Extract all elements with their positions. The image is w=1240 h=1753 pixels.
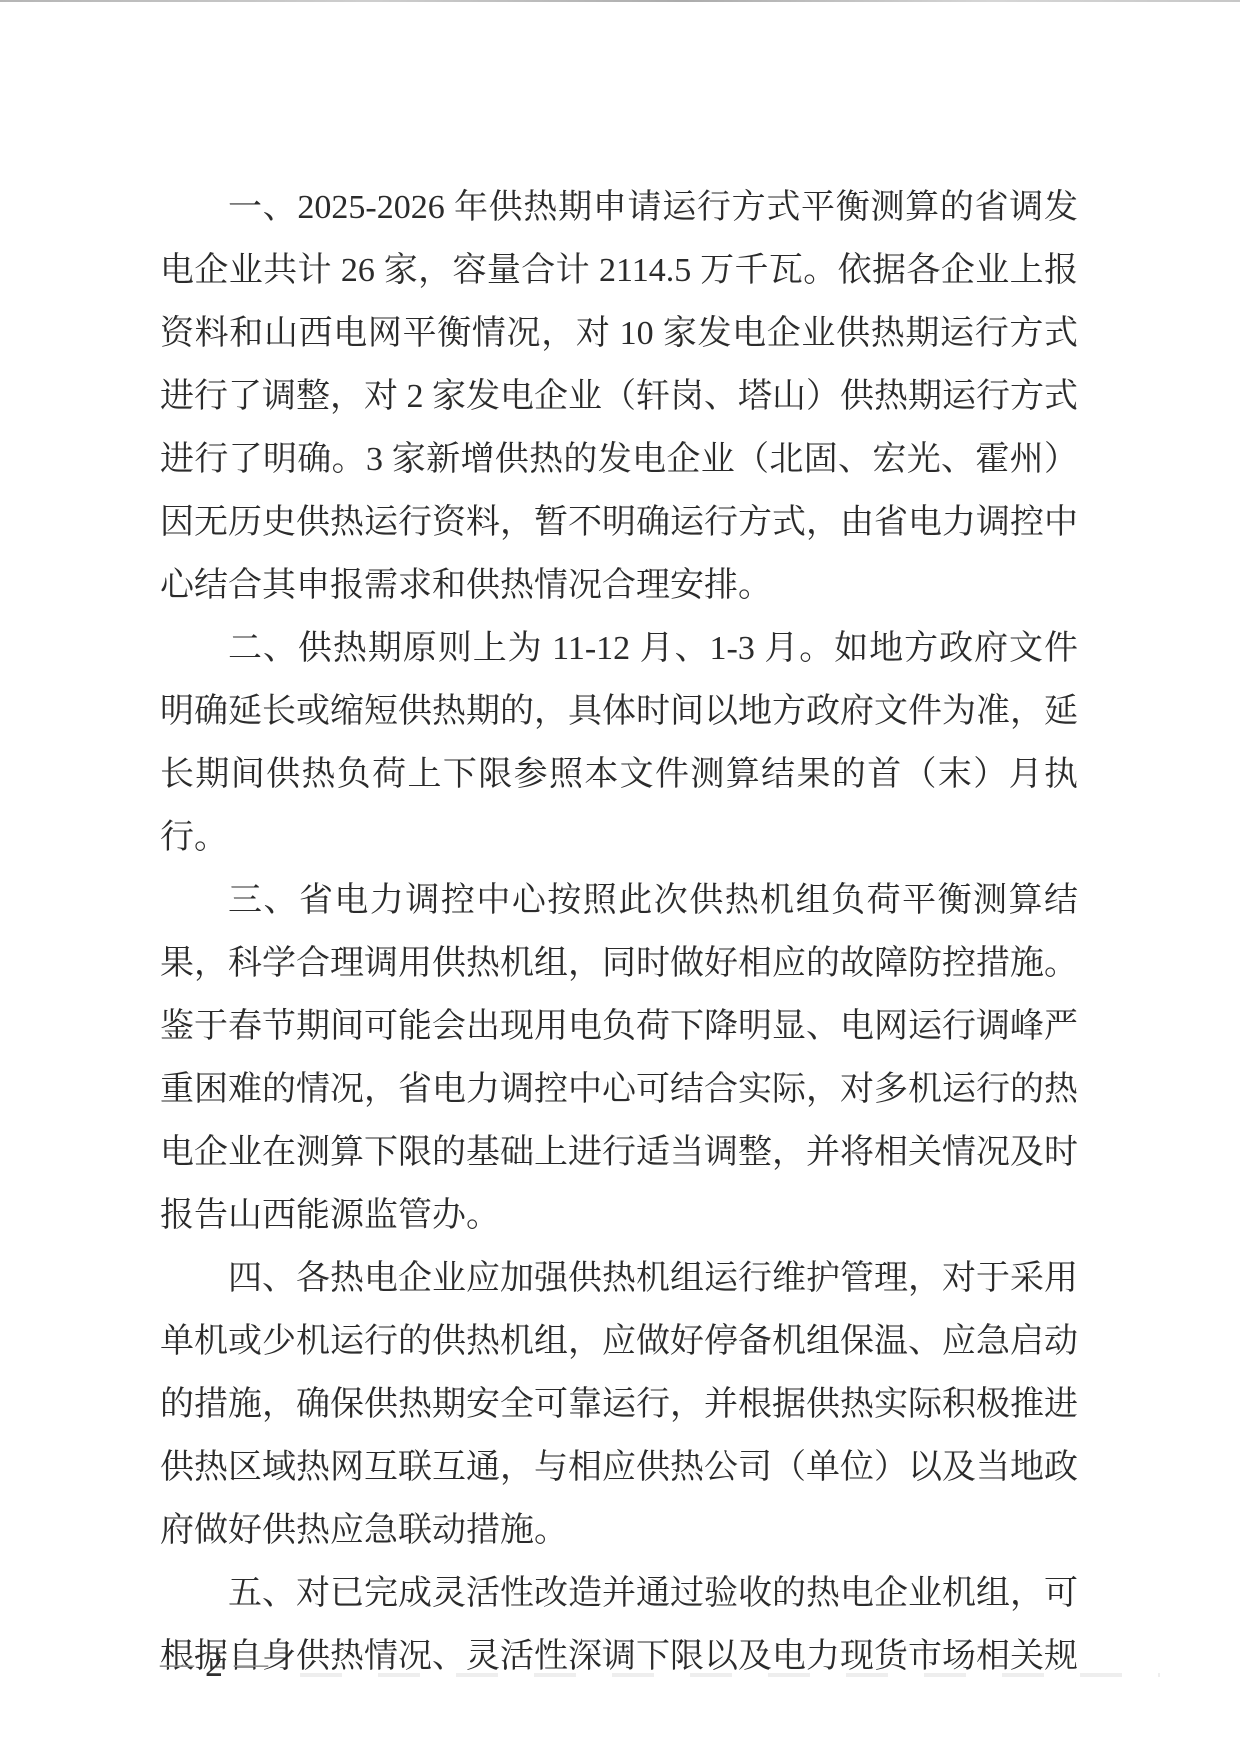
scanned-document-page: 一、2025-2026 年供热期申请运行方式平衡测算的省调发电企业共计 26 家… (0, 0, 1240, 1753)
page-footer: — 2 — (160, 1644, 268, 1684)
scan-artifact-smudge (300, 1673, 1160, 1677)
paragraph-2: 二、供热期原则上为 11-12 月、1-3 月。如地方政府文件明确延长或缩短供热… (160, 617, 1078, 869)
paragraph-5: 五、对已完成灵活性改造并通过验收的热电企业机组，可根据自身供热情况、灵活性深调下… (160, 1562, 1078, 1688)
document-body: 一、2025-2026 年供热期申请运行方式平衡测算的省调发电企业共计 26 家… (160, 176, 1078, 1688)
paragraph-1: 一、2025-2026 年供热期申请运行方式平衡测算的省调发电企业共计 26 家… (160, 176, 1078, 617)
page-number: 2 (205, 1644, 223, 1684)
paragraph-4: 四、各热电企业应加强供热机组运行维护管理，对于采用单机或少机运行的供热机组，应做… (160, 1247, 1078, 1562)
footer-dash-right: — (234, 1644, 268, 1684)
footer-dash-left: — (160, 1644, 194, 1684)
paragraph-3: 三、省电力调控中心按照此次供热机组负荷平衡测算结果，科学合理调用供热机组，同时做… (160, 869, 1078, 1247)
scan-artifact-top-edge (0, 0, 1240, 2)
